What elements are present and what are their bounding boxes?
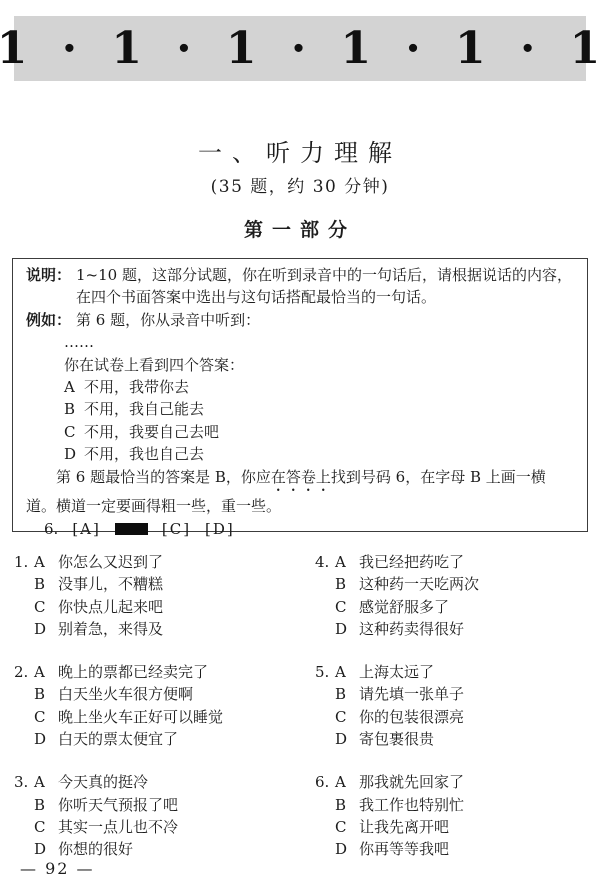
- option-label: C: [335, 816, 359, 838]
- number-spacer: [315, 838, 335, 860]
- section-title: 一、听力理解: [0, 133, 600, 168]
- example-answer-row: 6. [A] [C] [D]: [26, 518, 574, 540]
- shuoming-text: 1~10 题，这部分试题，你在听到录音中的一句话后，请根据说话的内容，在四个书面…: [76, 264, 574, 309]
- option-text: 晚上的票都已经卖完了: [58, 661, 300, 683]
- question-1-option-a: 1. A 你怎么又迟到了: [14, 551, 300, 573]
- question-4-option-d: D 这种药卖得很好: [315, 618, 600, 640]
- question-3-option-a: 3. A 今天真的挺冷: [14, 771, 300, 793]
- answer-note: 第 6 题最恰当的答案是 B，你应在答卷上找到号码 6，在字母 B 上画一横道。…: [26, 466, 574, 517]
- number-spacer: [315, 794, 335, 816]
- example-option-d: D 不用，我也自己去: [26, 443, 574, 465]
- question-4-option-b: B 这种药一天吃两次: [315, 573, 600, 595]
- question-6-option-b: B 我工作也特别忙: [315, 794, 600, 816]
- option-label: C: [34, 816, 58, 838]
- question-2: 2. A 晚上的票都已经卖完了 B 白天坐火车很方便啊 C 晚上坐火车正好可以睡…: [14, 661, 300, 750]
- answer-row-option-d: [D]: [205, 518, 235, 540]
- number-spacer: [14, 838, 34, 860]
- option-label: C: [34, 596, 58, 618]
- answer-note-emphasized: 在答卷上: [271, 468, 331, 486]
- option-label: A: [34, 771, 58, 793]
- instruction-box: 说明： 1~10 题，这部分试题，你在听到录音中的一句话后，请根据说话的内容，在…: [12, 258, 588, 532]
- question-6-number: 6.: [315, 771, 335, 793]
- question-5-number: 5.: [315, 661, 335, 683]
- question-1: 1. A 你怎么又迟到了 B 没事儿，不糟糕 C 你快点儿起来吧 D 别着急，来…: [14, 551, 300, 640]
- question-6-option-a: 6. A 那我就先回家了: [315, 771, 600, 793]
- option-text: 我已经把药吃了: [359, 551, 600, 573]
- header-numbers: 1 · 1 · 1 · 1 · 1 · 1: [0, 23, 600, 74]
- option-text: 你快点儿起来吧: [58, 596, 300, 618]
- example-option-a-text: 不用，我带你去: [84, 376, 189, 398]
- number-spacer: [315, 573, 335, 595]
- question-2-option-a: 2. A 晚上的票都已经卖完了: [14, 661, 300, 683]
- option-text: 别着急，来得及: [58, 618, 300, 640]
- option-label: C: [335, 706, 359, 728]
- option-label: A: [335, 661, 359, 683]
- option-text: 上海太远了: [359, 661, 600, 683]
- shuoming-paragraph: 说明： 1~10 题，这部分试题，你在听到录音中的一句话后，请根据说话的内容，在…: [26, 264, 574, 309]
- option-text: 你怎么又迟到了: [58, 551, 300, 573]
- number-spacer: [14, 816, 34, 838]
- number-spacer: [14, 683, 34, 705]
- example-option-c-text: 不用，我要自己去吧: [84, 421, 219, 443]
- shuoming-label: 说明：: [26, 264, 76, 309]
- liru-text: 第 6 题，你从录音中听到：: [76, 309, 574, 331]
- option-text: 你再等等我吧: [359, 838, 600, 860]
- question-1-number: 1.: [14, 551, 34, 573]
- question-4-number: 4.: [315, 551, 335, 573]
- option-label: A: [335, 771, 359, 793]
- option-text: 你听天气预报了吧: [58, 794, 300, 816]
- number-spacer: [315, 816, 335, 838]
- option-text: 你的包装很漂亮: [359, 706, 600, 728]
- page-number: — 92 —: [20, 859, 95, 878]
- number-spacer: [14, 794, 34, 816]
- option-text: 那我就先回家了: [359, 771, 600, 793]
- option-label: D: [34, 728, 58, 750]
- question-6-option-c: C 让我先离开吧: [315, 816, 600, 838]
- option-label: B: [34, 794, 58, 816]
- option-label: D: [335, 838, 359, 860]
- question-6: 6. A 那我就先回家了 B 我工作也特别忙 C 让我先离开吧 D 你再等等我吧: [315, 771, 600, 860]
- option-text: 白天坐火车很方便啊: [58, 683, 300, 705]
- option-label: B: [335, 573, 359, 595]
- option-label: D: [335, 728, 359, 750]
- option-label: D: [335, 618, 359, 640]
- question-6-option-d: D 你再等等我吧: [315, 838, 600, 860]
- option-text: 今天真的挺冷: [58, 771, 300, 793]
- number-spacer: [14, 706, 34, 728]
- option-text: 这种药卖得很好: [359, 618, 600, 640]
- example-option-b-label: B: [64, 398, 84, 420]
- question-2-option-c: C 晚上坐火车正好可以睡觉: [14, 706, 300, 728]
- option-label: D: [34, 838, 58, 860]
- questions-section: 1. A 你怎么又迟到了 B 没事儿，不糟糕 C 你快点儿起来吧 D 别着急，来…: [0, 551, 600, 882]
- example-option-c: C 不用，我要自己去吧: [26, 421, 574, 443]
- option-text: 让我先离开吧: [359, 816, 600, 838]
- option-text: 请先填一张单子: [359, 683, 600, 705]
- option-label: A: [34, 551, 58, 573]
- question-5-option-d: D 寄包裹很贵: [315, 728, 600, 750]
- option-text: 没事儿，不糟糕: [58, 573, 300, 595]
- questions-left-column: 1. A 你怎么又迟到了 B 没事儿，不糟糕 C 你快点儿起来吧 D 别着急，来…: [0, 551, 300, 882]
- question-3-option-c: C 其实一点儿也不冷: [14, 816, 300, 838]
- question-5: 5. A 上海太远了 B 请先填一张单子 C 你的包装很漂亮 D 寄包裹很贵: [315, 661, 600, 750]
- answer-row-option-c: [C]: [162, 518, 191, 540]
- question-2-option-d: D 白天的票太便宜了: [14, 728, 300, 750]
- marked-answer-b-box: [115, 523, 148, 535]
- option-label: C: [34, 706, 58, 728]
- question-1-option-c: C 你快点儿起来吧: [14, 596, 300, 618]
- number-spacer: [315, 728, 335, 750]
- option-text: 我工作也特别忙: [359, 794, 600, 816]
- liru-paragraph: 例如： 第 6 题，你从录音中听到：: [26, 309, 574, 331]
- option-text: 你想的很好: [58, 838, 300, 860]
- option-text: 其实一点儿也不冷: [58, 816, 300, 838]
- question-4-option-c: C 感觉舒服多了: [315, 596, 600, 618]
- questions-right-column: 4. A 我已经把药吃了 B 这种药一天吃两次 C 感觉舒服多了 D 这种药卖得…: [300, 551, 600, 882]
- option-label: C: [335, 596, 359, 618]
- see-options-line: 你在试卷上看到四个答案：: [26, 354, 574, 376]
- answer-row-number: 6.: [44, 518, 58, 540]
- example-option-a: A 不用，我带你去: [26, 376, 574, 398]
- number-spacer: [14, 728, 34, 750]
- option-text: 这种药一天吃两次: [359, 573, 600, 595]
- question-2-option-b: B 白天坐火车很方便啊: [14, 683, 300, 705]
- question-3-number: 3.: [14, 771, 34, 793]
- example-option-d-label: D: [64, 443, 84, 465]
- example-option-b: B 不用，我自己能去: [26, 398, 574, 420]
- option-text: 感觉舒服多了: [359, 596, 600, 618]
- option-label: B: [335, 683, 359, 705]
- question-4-option-a: 4. A 我已经把药吃了: [315, 551, 600, 573]
- section-subtitle: (35 题，约 30 分钟): [0, 172, 600, 197]
- answer-note-prefix: 第 6 题最恰当的答案是 B，你应: [56, 468, 271, 486]
- option-label: A: [34, 661, 58, 683]
- question-3-option-b: B 你听天气预报了吧: [14, 794, 300, 816]
- page-header-bar: 1 · 1 · 1 · 1 · 1 · 1: [14, 16, 586, 81]
- number-spacer: [315, 683, 335, 705]
- number-spacer: [315, 618, 335, 640]
- question-3-option-d: D 你想的很好: [14, 838, 300, 860]
- example-option-a-label: A: [64, 376, 84, 398]
- option-label: B: [34, 573, 58, 595]
- question-5-option-a: 5. A 上海太远了: [315, 661, 600, 683]
- number-spacer: [315, 596, 335, 618]
- number-spacer: [14, 596, 34, 618]
- part-title: 第一部分: [0, 215, 600, 242]
- question-1-option-d: D 别着急，来得及: [14, 618, 300, 640]
- ellipsis-line: ……: [26, 331, 574, 353]
- option-text: 晚上坐火车正好可以睡觉: [58, 706, 300, 728]
- option-text: 白天的票太便宜了: [58, 728, 300, 750]
- example-option-b-text: 不用，我自己能去: [84, 398, 204, 420]
- number-spacer: [14, 573, 34, 595]
- question-2-number: 2.: [14, 661, 34, 683]
- option-label: D: [34, 618, 58, 640]
- question-5-option-c: C 你的包装很漂亮: [315, 706, 600, 728]
- option-text: 寄包裹很贵: [359, 728, 600, 750]
- number-spacer: [14, 618, 34, 640]
- answer-row-option-a: [A]: [72, 518, 101, 540]
- question-1-option-b: B 没事儿，不糟糕: [14, 573, 300, 595]
- question-5-option-b: B 请先填一张单子: [315, 683, 600, 705]
- option-label: B: [34, 683, 58, 705]
- option-label: B: [335, 794, 359, 816]
- number-spacer: [315, 706, 335, 728]
- liru-label: 例如：: [26, 309, 76, 331]
- question-4: 4. A 我已经把药吃了 B 这种药一天吃两次 C 感觉舒服多了 D 这种药卖得…: [315, 551, 600, 640]
- option-label: A: [335, 551, 359, 573]
- question-3: 3. A 今天真的挺冷 B 你听天气预报了吧 C 其实一点儿也不冷 D 你想的很…: [14, 771, 300, 860]
- example-option-d-text: 不用，我也自己去: [84, 443, 204, 465]
- example-option-c-label: C: [64, 421, 84, 443]
